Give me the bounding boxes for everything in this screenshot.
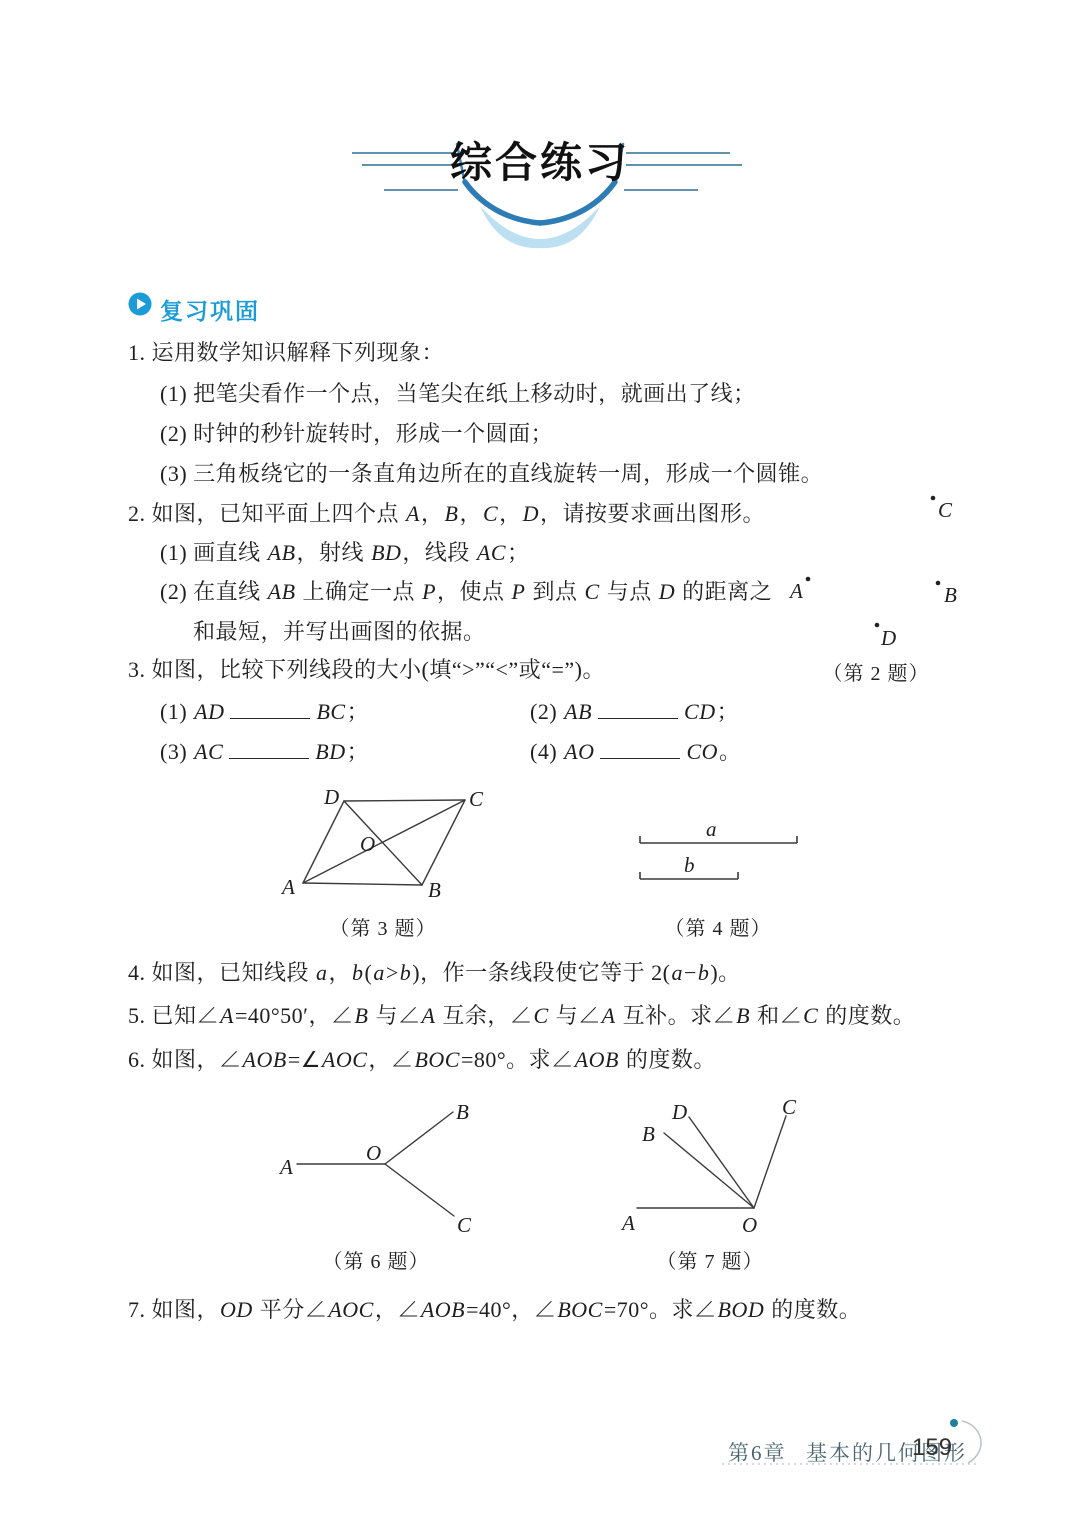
problem-7-text: 7. 如图，OD 平分∠AOC，∠AOB=40°，∠BOC=70°。求∠BOD …: [128, 1297, 861, 1323]
figure-6-caption: （第 6 题）: [306, 1245, 446, 1274]
answer-blank: [229, 738, 309, 759]
math-variable: AO: [563, 739, 595, 764]
math-variable: B: [735, 1003, 751, 1028]
text-run: =40°，∠: [466, 1297, 556, 1322]
text-run: 3. 如图，比较下列线段的大小(填“>”“<”或“=”)。: [128, 657, 605, 682]
point-label-d: D: [881, 626, 896, 651]
text-run: ，: [421, 501, 444, 526]
text-run: =40°50′，∠: [235, 1003, 354, 1028]
figure-problem-4: a b （第 4 题）: [620, 815, 820, 940]
math-variable: b: [351, 960, 365, 985]
text-run: 与点: [601, 579, 658, 604]
header-ornament: 综合练习: [330, 122, 750, 254]
ray-label-b: B: [456, 1100, 469, 1125]
problem-2-item-2: (2) 在直线 AB 上确定一点 P，使点 P 到点 C 与点 D 的距离之: [160, 579, 772, 605]
math-variable: AC: [193, 739, 224, 764]
math-variable: A: [420, 1003, 436, 1028]
text-run: =70°。求∠: [604, 1297, 717, 1322]
text-run: ，使点: [437, 579, 511, 604]
math-variable: a: [670, 960, 684, 985]
figure-4-caption: （第 4 题）: [648, 912, 788, 941]
problem-2-text: 2. 如图，已知平面上四个点 A，B，C，D，请按要求画出图形。: [128, 501, 765, 527]
math-variable: AOB: [420, 1297, 466, 1322]
math-variable: B: [443, 501, 459, 526]
figure-3-caption: （第 3 题）: [313, 912, 453, 941]
text-run: ，∠: [368, 1047, 413, 1072]
problem-4-text: 4. 如图，已知线段 a，b(a>b)，作一条线段使它等于 2(a−b)。: [128, 960, 741, 986]
text-run: )。: [710, 960, 740, 985]
text-run: 6. 如图，∠: [128, 1047, 242, 1072]
math-variable: AOC: [321, 1047, 369, 1072]
figure-problem-2: C A B D （第 2 题）: [780, 485, 990, 685]
text-run: ，: [459, 501, 482, 526]
text-run: 的度数。: [819, 1003, 915, 1028]
text-run: 与∠: [550, 1003, 601, 1028]
text-run: ；: [717, 699, 740, 724]
text-run: ；: [507, 540, 530, 565]
text-run: 的度数。: [765, 1297, 861, 1322]
math-variable: AB: [563, 699, 593, 724]
text-run: 上确定一点: [297, 579, 422, 604]
text-run: (2): [530, 699, 563, 724]
text-run: )，作一条线段使它等于 2(: [412, 960, 670, 985]
text-run: 4. 如图，已知线段: [128, 960, 315, 985]
math-variable: C: [802, 1003, 819, 1028]
math-variable: CO: [685, 739, 719, 764]
point-label-c: C: [938, 498, 952, 523]
play-icon: [128, 292, 152, 316]
text-run: (1): [160, 699, 193, 724]
math-variable: BOC: [556, 1297, 604, 1322]
text-run: 到点: [526, 579, 583, 604]
answer-blank: [600, 738, 680, 759]
text-run: (3) 三角板绕它的一条直角边所在的直线旋转一周，形成一个圆锥。: [160, 461, 823, 486]
text-run: (2) 时钟的秒针旋转时，形成一个圆面；: [160, 421, 553, 446]
text-run: 的度数。: [620, 1047, 716, 1072]
math-variable: CD: [683, 699, 717, 724]
math-variable: AC: [476, 540, 507, 565]
math-variable: P: [511, 579, 527, 604]
vertex-label-c: C: [469, 787, 483, 812]
ray-label-o: O: [742, 1213, 757, 1238]
text-run: ，: [329, 960, 352, 985]
vertex-label-o: O: [360, 832, 375, 857]
ray-label-c: C: [457, 1213, 471, 1238]
math-variable: AOB: [242, 1047, 288, 1072]
math-variable: BOC: [413, 1047, 461, 1072]
text-run: >: [386, 960, 399, 985]
point-label-b: B: [944, 583, 957, 608]
text-run: 与∠: [369, 1003, 420, 1028]
text-run: (1) 把笔尖看作一个点，当笔尖在纸上移动时，就画出了线；: [160, 381, 756, 406]
figure-problem-3: D C A B O （第 3 题）: [280, 785, 500, 940]
math-variable: B: [354, 1003, 370, 1028]
text-run: (1) 画直线: [160, 540, 267, 565]
problem-2-item-2-cont: 和最短，并写出画图的依据。: [193, 619, 486, 645]
textbook-page: 综合练习 复习巩固 1. 运用数学知识解释下列现象： (1) 把笔尖看作一个点，…: [0, 0, 1080, 1528]
figure-2-caption: （第 2 题）: [796, 657, 956, 686]
answer-blank: [230, 698, 310, 719]
text-run: 和∠: [751, 1003, 802, 1028]
ray-label-a: A: [622, 1211, 635, 1236]
text-run: ，请按要求画出图形。: [540, 501, 765, 526]
math-variable: C: [584, 579, 601, 604]
math-variable: P: [421, 579, 437, 604]
text-run: 。: [719, 739, 742, 764]
footer-dot-icon: [950, 1419, 958, 1427]
math-variable: AB: [267, 579, 297, 604]
ray-label-o: O: [366, 1141, 381, 1166]
math-variable: BOD: [717, 1297, 766, 1322]
math-variable: D: [658, 579, 676, 604]
text-run: 和最短，并写出画图的依据。: [193, 619, 486, 644]
vertex-label-d: D: [324, 785, 339, 810]
problem-6-text: 6. 如图，∠AOB=∠AOC，∠BOC=80°。求∠AOB 的度数。: [128, 1047, 716, 1073]
math-variable: AOC: [327, 1297, 375, 1322]
problem-3-item-2: (2) ABCD；: [530, 698, 739, 725]
text-run: −: [684, 960, 697, 985]
figure-7-drawing: [610, 1090, 840, 1270]
problem-5-text: 5. 已知∠A=40°50′，∠B 与∠A 互余，∠C 与∠A 互补。求∠B 和…: [128, 1003, 915, 1029]
section-header: 复习巩固: [160, 293, 260, 326]
math-variable: D: [522, 501, 540, 526]
page-number: 159: [912, 1434, 952, 1462]
text-run: ；: [347, 699, 370, 724]
text-run: 1. 运用数学知识解释下列现象：: [128, 340, 444, 365]
figure-problem-7: A B D C O （第 7 题）: [610, 1090, 840, 1270]
text-run: =80°。求∠: [461, 1047, 574, 1072]
math-variable: AD: [193, 699, 225, 724]
problem-1-text: 1. 运用数学知识解释下列现象：: [128, 340, 444, 366]
math-variable: b: [697, 960, 711, 985]
math-variable: b: [399, 960, 413, 985]
answer-blank: [598, 698, 678, 719]
segment-label-b: b: [684, 853, 695, 878]
math-variable: A: [601, 1003, 617, 1028]
math-variable: A: [405, 501, 421, 526]
math-variable: C: [482, 501, 499, 526]
problem-3-item-1: (1) ADBC；: [160, 698, 369, 725]
text-run: 互补。求∠: [617, 1003, 736, 1028]
ray-label-c: C: [782, 1095, 796, 1120]
math-variable: a: [372, 960, 386, 985]
problem-3-item-3: (3) ACBD；: [160, 738, 369, 765]
text-run: ，射线: [297, 540, 371, 565]
text-run: 2. 如图，已知平面上四个点: [128, 501, 405, 526]
text-run: ；: [347, 739, 370, 764]
text-run: 5. 已知∠: [128, 1003, 219, 1028]
problem-1-item-3: (3) 三角板绕它的一条直角边所在的直线旋转一周，形成一个圆锥。: [160, 461, 823, 487]
vertex-label-a: A: [282, 875, 295, 900]
figure-7-caption: （第 7 题）: [640, 1245, 780, 1274]
text-run: (3): [160, 739, 193, 764]
text-run: =∠: [288, 1047, 321, 1072]
ray-label-b: B: [642, 1122, 655, 1147]
page-title: 综合练习: [420, 130, 660, 190]
text-run: ，线段: [402, 540, 476, 565]
math-variable: BD: [370, 540, 402, 565]
text-run: ，∠: [375, 1297, 420, 1322]
problem-1-item-1: (1) 把笔尖看作一个点，当笔尖在纸上移动时，就画出了线；: [160, 381, 756, 407]
vertex-label-b: B: [428, 878, 441, 903]
math-variable: BD: [314, 739, 346, 764]
text-run: 的距离之: [676, 579, 772, 604]
figure-problem-6: A O B C （第 6 题）: [270, 1095, 500, 1270]
math-variable: BC: [315, 699, 346, 724]
ray-label-d: D: [672, 1100, 687, 1125]
math-variable: OD: [219, 1297, 254, 1322]
problem-1-item-2: (2) 时钟的秒针旋转时，形成一个圆面；: [160, 421, 553, 447]
problem-2-item-1: (1) 画直线 AB，射线 BD，线段 AC；: [160, 540, 530, 566]
text-run: 互余，∠: [436, 1003, 532, 1028]
text-run: 平分∠: [254, 1297, 328, 1322]
segment-label-a: a: [706, 817, 717, 842]
text-run: (4): [530, 739, 563, 764]
text-run: ，: [499, 501, 522, 526]
point-label-a: A: [790, 579, 803, 604]
problem-3-item-4: (4) AOCO。: [530, 738, 742, 765]
footer-chapter: 第6章: [728, 1437, 787, 1467]
problem-3-text: 3. 如图，比较下列线段的大小(填“>”“<”或“=”)。: [128, 657, 605, 683]
text-run: (2) 在直线: [160, 579, 267, 604]
text-run: 7. 如图，: [128, 1297, 219, 1322]
figure-2-dots: [780, 485, 990, 685]
math-variable: AB: [267, 540, 297, 565]
math-variable: A: [219, 1003, 235, 1028]
ray-label-a: A: [280, 1155, 293, 1180]
math-variable: C: [532, 1003, 549, 1028]
math-variable: a: [315, 960, 329, 985]
math-variable: AOB: [574, 1047, 620, 1072]
